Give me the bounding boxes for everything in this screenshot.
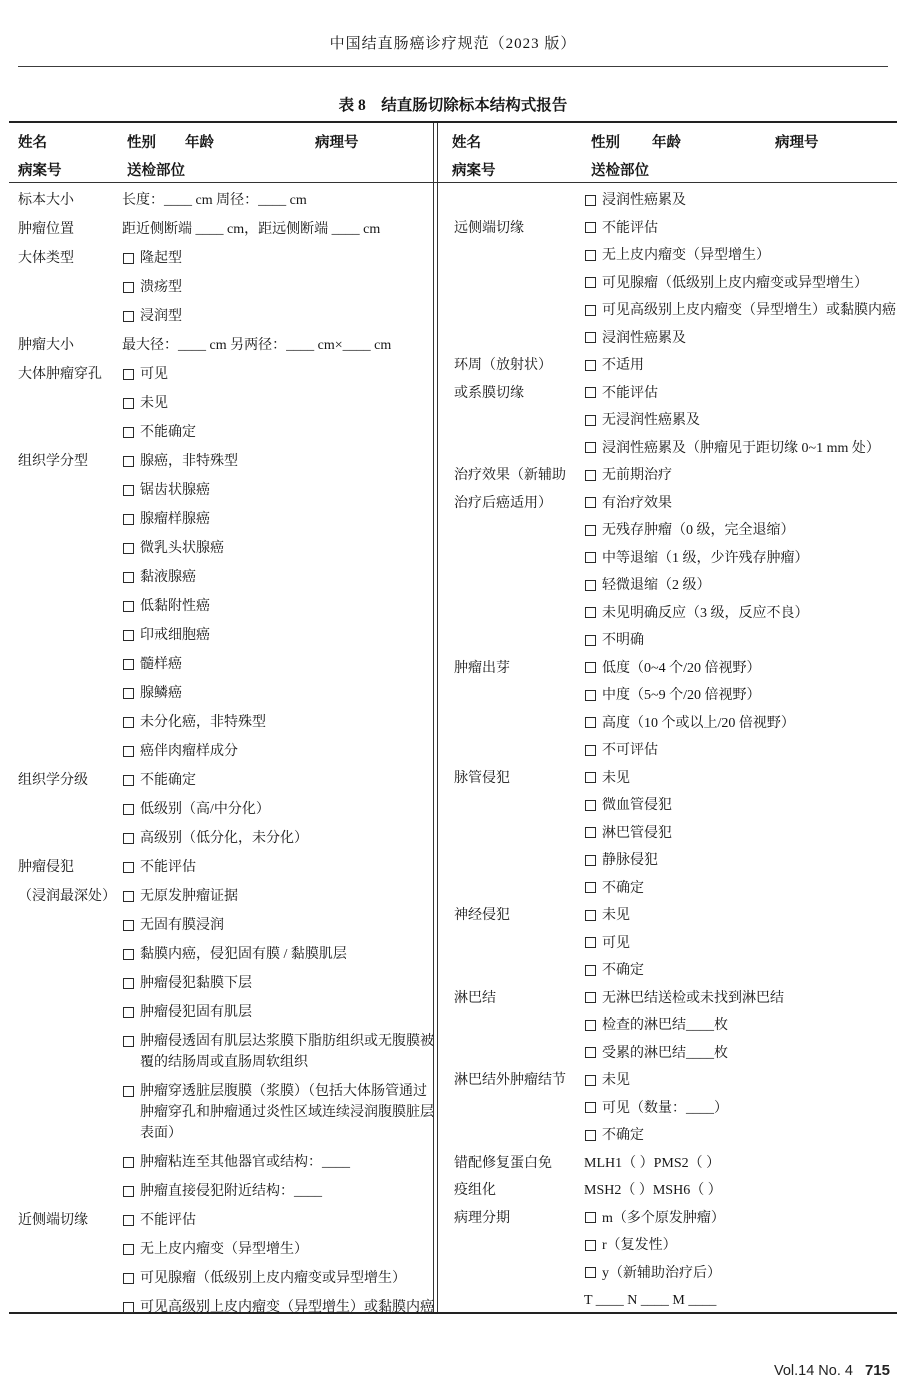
- checkbox-option-row: 不确定: [584, 960, 904, 981]
- form-section: 环周（放射状）或系膜切缘不适用不能评估无浸润性癌累及浸润性癌累及（肿瘤见于距切缘…: [454, 355, 904, 465]
- checkbox-option-row: 肿瘤侵透固有肌层达浆膜下脂肪组织或无腹膜被覆的结肠周或直肠周软组织: [122, 1031, 434, 1073]
- checkbox-option-row: 黏膜内癌，侵犯固有膜 / 黏膜肌层: [122, 944, 434, 965]
- checkbox-option-row: 微乳头状腺癌: [122, 538, 434, 559]
- checkbox-icon[interactable]: [585, 360, 596, 371]
- form-section: 肿瘤位置距近侧断端 ____ cm，距远侧断端 ____ cm: [18, 219, 434, 248]
- checkbox-icon[interactable]: [585, 552, 596, 563]
- option-text: 未分化癌，非特殊型: [140, 715, 266, 730]
- checkbox-option-row: 无淋巴结送检或未找到淋巴结: [584, 988, 904, 1009]
- checkbox-icon[interactable]: [585, 1102, 596, 1113]
- checkbox-option-row: 腺瘤样腺癌: [122, 509, 434, 530]
- checkbox-option-row: 受累的淋巴结____枚: [584, 1043, 904, 1064]
- checkbox-option-row: 无前期治疗: [584, 465, 904, 486]
- option-text: 不确定: [602, 963, 644, 978]
- checkbox-icon[interactable]: [585, 305, 596, 316]
- option-text: 不可评估: [602, 743, 658, 758]
- section-label-column: 治疗效果（新辅助治疗后癌适用）: [454, 465, 584, 658]
- option-text: 不能评估: [140, 860, 196, 875]
- option-text: 长度：____ cm 周径：____ cm: [122, 193, 307, 208]
- checkbox-icon[interactable]: [585, 470, 596, 481]
- checkbox-option-row: 高级别（低分化，未分化）: [122, 828, 434, 849]
- checkbox-option-row: 低黏附性癌: [122, 596, 434, 617]
- checkbox-icon[interactable]: [123, 891, 134, 902]
- section-label: 疫组化: [454, 1180, 584, 1201]
- option-text: 不确定: [602, 881, 644, 896]
- option-text: 最大径：____ cm 另两径：____ cm×____ cm: [122, 338, 391, 353]
- section-label: 肿瘤出芽: [454, 658, 584, 679]
- checkbox-option-row: 黏液腺癌: [122, 567, 434, 588]
- section-label-column: 远侧端切缘: [454, 218, 584, 356]
- checkbox-icon[interactable]: [585, 635, 596, 646]
- checkbox-option-row: 癌伴肉瘤样成分: [122, 741, 434, 762]
- section-label-column: 神经侵犯: [454, 905, 584, 988]
- section-label: 大体类型: [18, 248, 122, 269]
- form-section: 脉管侵犯未见微血管侵犯淋巴管侵犯静脉侵犯不确定: [454, 768, 904, 906]
- checkbox-option-row: 无固有膜浸润: [122, 915, 434, 936]
- option-text: 无原发肿瘤证据: [140, 889, 238, 904]
- checkbox-icon[interactable]: [123, 978, 134, 989]
- checkbox-icon[interactable]: [585, 195, 596, 206]
- option-text: MLH1（ ）PMS2（ ）: [584, 1156, 720, 1171]
- checkbox-icon[interactable]: [585, 250, 596, 261]
- checkbox-option-row: 浸润性癌累及: [584, 328, 904, 349]
- checkbox-icon[interactable]: [123, 804, 134, 815]
- record-no-label-right: 病案号: [452, 159, 496, 180]
- checkbox-icon[interactable]: [123, 1007, 134, 1018]
- checkbox-option-row: 不能评估: [122, 857, 434, 878]
- option-text: 未见: [602, 771, 630, 786]
- patient-sex-label-right: 性别: [591, 131, 620, 152]
- option-text: 低度（0~4 个/20 倍视野）: [602, 661, 760, 676]
- checkbox-icon[interactable]: [585, 580, 596, 591]
- checkbox-option-row: 淋巴管侵犯: [584, 823, 904, 844]
- option-text: 无上皮内瘤变（异型增生）: [602, 248, 770, 263]
- section-options-column: 长度：____ cm 周径：____ cm: [122, 190, 434, 219]
- specimen-site-label-right: 送检部位: [591, 159, 649, 180]
- checkbox-icon[interactable]: [585, 442, 596, 453]
- checkbox-icon[interactable]: [123, 514, 134, 525]
- checkbox-icon[interactable]: [585, 937, 596, 948]
- option-text: 低黏附性癌: [140, 599, 210, 614]
- option-text: 可见高级别上皮内瘤变（异型增生）或黏膜内癌: [140, 1300, 434, 1315]
- checkbox-option-row: 肿瘤侵犯黏膜下层: [122, 973, 434, 994]
- checkbox-icon[interactable]: [123, 862, 134, 873]
- checkbox-option-row: 中度（5~9 个/20 倍视野）: [584, 685, 904, 706]
- section-label-column: 近侧端切缘: [18, 1210, 122, 1326]
- checkbox-option-row: 微血管侵犯: [584, 795, 904, 816]
- checkbox-icon[interactable]: [123, 572, 134, 583]
- option-text: 低级别（高/中分化）: [140, 802, 270, 817]
- checkbox-option-row: 隆起型: [122, 248, 434, 269]
- checkbox-option-row: 可见腺瘤（低级别上皮内瘤变或异型增生）: [122, 1268, 434, 1289]
- option-text: 无固有膜浸润: [140, 918, 224, 933]
- checkbox-option-row: 低度（0~4 个/20 倍视野）: [584, 658, 904, 679]
- checkbox-option-row: 检查的淋巴结____枚: [584, 1015, 904, 1036]
- checkbox-icon[interactable]: [123, 630, 134, 641]
- section-label-column: 淋巴结外肿瘤结节: [454, 1070, 584, 1153]
- checkbox-option-row: 有治疗效果: [584, 493, 904, 514]
- option-text: 轻微退缩（2 级）: [602, 578, 711, 593]
- fill-in-row: 最大径：____ cm 另两径：____ cm×____ cm: [122, 335, 434, 356]
- checkbox-icon[interactable]: [585, 827, 596, 838]
- patient-info-header: 姓名 性别 年龄 病理号 病案号 送检部位 姓名 性别 年龄 病理号 病案号 送…: [9, 123, 897, 181]
- form-section: 浸润性癌累及: [454, 190, 904, 218]
- patient-sex-label-left: 性别: [127, 131, 156, 152]
- option-text: 淋巴管侵犯: [602, 826, 672, 841]
- option-text: 未见: [140, 396, 168, 411]
- checkbox-option-row: 腺癌，非特殊型: [122, 451, 434, 472]
- checkbox-icon[interactable]: [585, 662, 596, 673]
- section-label-column: 肿瘤大小: [18, 335, 122, 364]
- checkbox-option-row: 不能确定: [122, 770, 434, 791]
- checkbox-icon[interactable]: [585, 855, 596, 866]
- option-text: 肿瘤穿透脏层腹膜（浆膜）（包括大体肠管通过肿瘤穿孔和肿瘤通过炎性区域连续浸润腹膜…: [140, 1084, 434, 1141]
- form-section: 远侧端切缘不能评估无上皮内瘤变（异型增生）可见腺瘤（低级别上皮内瘤变或异型增生）…: [454, 218, 904, 356]
- checkbox-icon[interactable]: [585, 1267, 596, 1278]
- option-text: 不明确: [602, 633, 644, 648]
- checkbox-icon[interactable]: [123, 1244, 134, 1255]
- form-section: 治疗效果（新辅助治疗后癌适用）无前期治疗有治疗效果无残存肿瘤（0 级，完全退缩）…: [454, 465, 904, 658]
- checkbox-option-row: 中等退缩（1 级，少许残存肿瘤）: [584, 548, 904, 569]
- option-text: 无前期治疗: [602, 468, 672, 483]
- checkbox-option-row: 无浸润性癌累及: [584, 410, 904, 431]
- option-text: 不能评估: [602, 221, 658, 236]
- pathology-no-label-left: 病理号: [315, 131, 359, 152]
- fill-in-row: T ____ N ____ M ____: [584, 1290, 904, 1311]
- option-text: 黏液腺癌: [140, 570, 196, 585]
- checkbox-option-row: 高度（10 个或以上/20 倍视野）: [584, 713, 904, 734]
- option-text: 可见腺瘤（低级别上皮内瘤变或异型增生）: [140, 1271, 406, 1286]
- checkbox-icon[interactable]: [585, 910, 596, 921]
- checkbox-icon[interactable]: [585, 965, 596, 976]
- section-options-column: 未见可见（数量：____）不确定: [584, 1070, 904, 1153]
- option-text: 未见明确反应（3 级，反应不良）: [602, 606, 809, 621]
- section-label: （浸润最深处）: [18, 886, 122, 907]
- option-text: 微乳头状腺癌: [140, 541, 224, 556]
- checkbox-icon[interactable]: [123, 456, 134, 467]
- checkbox-icon[interactable]: [123, 1036, 134, 1047]
- option-text: 中度（5~9 个/20 倍视野）: [602, 688, 760, 703]
- section-label: 淋巴结外肿瘤结节: [454, 1070, 584, 1091]
- header-bottom-rule: [9, 182, 897, 183]
- checkbox-icon[interactable]: [123, 717, 134, 728]
- section-label-column: 脉管侵犯: [454, 768, 584, 906]
- option-text: 锯齿状腺癌: [140, 483, 210, 498]
- checkbox-icon[interactable]: [585, 525, 596, 536]
- option-text: T ____ N ____ M ____: [584, 1293, 716, 1308]
- checkbox-option-row: 静脉侵犯: [584, 850, 904, 871]
- record-no-label-left: 病案号: [18, 159, 62, 180]
- checkbox-icon[interactable]: [585, 387, 596, 398]
- fill-in-row: MLH1（ ）PMS2（ ）: [584, 1153, 904, 1174]
- checkbox-option-row: 未分化癌，非特殊型: [122, 712, 434, 733]
- section-label-column: [454, 190, 584, 218]
- patient-age-label-right: 年龄: [652, 131, 681, 152]
- checkbox-option-row: 无上皮内瘤变（异型增生）: [122, 1239, 434, 1260]
- section-label: 脉管侵犯: [454, 768, 584, 789]
- checkbox-option-row: 未见: [584, 905, 904, 926]
- section-options-column: 无淋巴结送检或未找到淋巴结检查的淋巴结____枚受累的淋巴结____枚: [584, 988, 904, 1071]
- checkbox-option-row: 无上皮内瘤变（异型增生）: [584, 245, 904, 266]
- checkbox-option-row: 不能评估: [584, 383, 904, 404]
- checkbox-icon[interactable]: [123, 601, 134, 612]
- section-options-column: 浸润性癌累及: [584, 190, 904, 218]
- left-column: 标本大小长度：____ cm 周径：____ cm肿瘤位置距近侧断端 ____ …: [18, 190, 434, 1326]
- option-text: 未见: [602, 908, 630, 923]
- checkbox-icon[interactable]: [585, 772, 596, 783]
- option-text: 肿瘤侵犯黏膜下层: [140, 976, 252, 991]
- pathology-no-label-right: 病理号: [775, 131, 819, 152]
- checkbox-icon[interactable]: [585, 1047, 596, 1058]
- option-text: 浸润性癌累及（肿瘤见于距切缘 0~1 mm 处）: [602, 441, 880, 456]
- section-label-column: 错配修复蛋白免疫组化: [454, 1153, 584, 1208]
- option-text: 不适用: [602, 358, 644, 373]
- page-footer: Vol.14 No. 4715: [774, 1362, 890, 1379]
- option-text: 不能确定: [140, 773, 196, 788]
- checkbox-icon[interactable]: [585, 332, 596, 343]
- fill-in-row: MSH2（ ）MSH6（ ）: [584, 1180, 904, 1201]
- checkbox-option-row: 未见: [584, 768, 904, 789]
- checkbox-icon[interactable]: [585, 1130, 596, 1141]
- option-text: 无残存肿瘤（0 级，完全退缩）: [602, 523, 795, 538]
- section-label: 远侧端切缘: [454, 218, 584, 239]
- checkbox-icon[interactable]: [123, 282, 134, 293]
- option-text: 无淋巴结送检或未找到淋巴结: [602, 991, 784, 1006]
- checkbox-icon[interactable]: [123, 311, 134, 322]
- section-options-column: 不能确定低级别（高/中分化）高级别（低分化，未分化）: [122, 770, 434, 857]
- checkbox-option-row: 可见腺瘤（低级别上皮内瘤变或异型增生）: [584, 273, 904, 294]
- section-options-column: 不能评估无原发肿瘤证据无固有膜浸润黏膜内癌，侵犯固有膜 / 黏膜肌层肿瘤侵犯黏膜…: [122, 857, 434, 1210]
- checkbox-option-row: 可见: [584, 933, 904, 954]
- checkbox-icon[interactable]: [123, 775, 134, 786]
- section-options-column: 未见可见不确定: [584, 905, 904, 988]
- checkbox-option-row: 肿瘤直接侵犯附近结构：____: [122, 1181, 434, 1202]
- section-label-column: 环周（放射状）或系膜切缘: [454, 355, 584, 465]
- option-text: 检查的淋巴结____枚: [602, 1018, 728, 1033]
- option-text: MSH2（ ）MSH6（ ）: [584, 1183, 722, 1198]
- checkbox-icon[interactable]: [585, 882, 596, 893]
- checkbox-option-row: 腺鳞癌: [122, 683, 434, 704]
- form-section: 淋巴结外肿瘤结节未见可见（数量：____）不确定: [454, 1070, 904, 1153]
- checkbox-option-row: 可见高级别上皮内瘤变（异型增生）或黏膜内癌: [584, 300, 904, 321]
- option-text: 浸润型: [140, 309, 182, 324]
- section-options-column: 不适用不能评估无浸润性癌累及浸润性癌累及（肿瘤见于距切缘 0~1 mm 处）: [584, 355, 904, 465]
- checkbox-icon[interactable]: [123, 1215, 134, 1226]
- form-section: 标本大小长度：____ cm 周径：____ cm: [18, 190, 434, 219]
- section-label-column: 病理分期: [454, 1208, 584, 1318]
- option-text: r（复发性）: [602, 1238, 677, 1253]
- option-text: 微血管侵犯: [602, 798, 672, 813]
- journal-volume-text: Vol.14 No. 4: [774, 1363, 853, 1379]
- checkbox-icon[interactable]: [585, 497, 596, 508]
- section-options-column: 低度（0~4 个/20 倍视野）中度（5~9 个/20 倍视野）高度（10 个或…: [584, 658, 904, 768]
- option-text: 距近侧断端 ____ cm，距远侧断端 ____ cm: [122, 222, 380, 237]
- option-text: 有治疗效果: [602, 496, 672, 511]
- form-section: 病理分期m（多个原发肿瘤）r（复发性）y（新辅助治疗后）T ____ N ___…: [454, 1208, 904, 1318]
- section-label-column: 标本大小: [18, 190, 122, 219]
- checkbox-option-row: 肿瘤穿透脏层腹膜（浆膜）（包括大体肠管通过肿瘤穿孔和肿瘤通过炎性区域连续浸润腹膜…: [122, 1081, 434, 1144]
- section-label-column: 组织学分型: [18, 451, 122, 770]
- section-label-column: 大体肿瘤穿孔: [18, 364, 122, 451]
- report-table: 姓名 性别 年龄 病理号 病案号 送检部位 姓名 性别 年龄 病理号 病案号 送…: [9, 121, 897, 1314]
- form-section: 近侧端切缘不能评估无上皮内瘤变（异型增生）可见腺瘤（低级别上皮内瘤变或异型增生）…: [18, 1210, 434, 1326]
- section-label: 组织学分级: [18, 770, 122, 791]
- table-title: 表 8 结直肠切除标本结构式报告: [0, 93, 906, 115]
- checkbox-icon[interactable]: [123, 920, 134, 931]
- checkbox-option-row: 不确定: [584, 1125, 904, 1146]
- section-label: 肿瘤位置: [18, 219, 122, 240]
- checkbox-option-row: r（复发性）: [584, 1235, 904, 1256]
- option-text: 髓样癌: [140, 657, 182, 672]
- option-text: 浸润性癌累及: [602, 193, 686, 208]
- checkbox-icon[interactable]: [585, 277, 596, 288]
- checkbox-icon[interactable]: [585, 607, 596, 618]
- checkbox-icon[interactable]: [123, 485, 134, 496]
- patient-age-label-left: 年龄: [185, 131, 214, 152]
- option-text: 无浸润性癌累及: [602, 413, 700, 428]
- checkbox-option-row: 溃疡型: [122, 277, 434, 298]
- option-text: 无上皮内瘤变（异型增生）: [140, 1242, 308, 1257]
- option-text: 印戒细胞癌: [140, 628, 210, 643]
- section-options-column: 无前期治疗有治疗效果无残存肿瘤（0 级，完全退缩）中等退缩（1 级，少许残存肿瘤…: [584, 465, 904, 658]
- checkbox-option-row: 未见: [584, 1070, 904, 1091]
- option-text: 浸润性癌累及: [602, 331, 686, 346]
- right-column: 浸润性癌累及远侧端切缘不能评估无上皮内瘤变（异型增生）可见腺瘤（低级别上皮内瘤变…: [454, 190, 904, 1318]
- specimen-site-label-left: 送检部位: [127, 159, 185, 180]
- option-text: 中等退缩（1 级，少许残存肿瘤）: [602, 551, 809, 566]
- section-options-column: 不能评估无上皮内瘤变（异型增生）可见腺瘤（低级别上皮内瘤变或异型增生）可见高级别…: [584, 218, 904, 356]
- checkbox-icon[interactable]: [123, 688, 134, 699]
- option-text: 高度（10 个或以上/20 倍视野）: [602, 716, 795, 731]
- checkbox-option-row: 浸润性癌累及（肿瘤见于距切缘 0~1 mm 处）: [584, 438, 904, 459]
- option-text: 可见腺瘤（低级别上皮内瘤变或异型增生）: [602, 276, 868, 291]
- option-text: 不确定: [602, 1128, 644, 1143]
- checkbox-icon[interactable]: [123, 833, 134, 844]
- section-label: 或系膜切缘: [454, 383, 584, 404]
- checkbox-icon[interactable]: [123, 543, 134, 554]
- section-label-column: 肿瘤侵犯（浸润最深处）: [18, 857, 122, 1210]
- checkbox-option-row: 不能评估: [122, 1210, 434, 1231]
- checkbox-option-row: 锯齿状腺癌: [122, 480, 434, 501]
- option-text: 肿瘤侵透固有肌层达浆膜下脂肪组织或无腹膜被覆的结肠周或直肠周软组织: [140, 1034, 434, 1070]
- checkbox-icon[interactable]: [123, 1186, 134, 1197]
- option-text: 高级别（低分化，未分化）: [140, 831, 308, 846]
- checkbox-icon[interactable]: [585, 1075, 596, 1086]
- option-text: 不能评估: [140, 1213, 196, 1228]
- section-options-column: 最大径：____ cm 另两径：____ cm×____ cm: [122, 335, 434, 364]
- section-label-column: 肿瘤出芽: [454, 658, 584, 768]
- checkbox-option-row: 未见: [122, 393, 434, 414]
- option-text: 可见: [140, 367, 168, 382]
- checkbox-icon[interactable]: [123, 398, 134, 409]
- section-label: 大体肿瘤穿孔: [18, 364, 122, 385]
- patient-name-label-right: 姓名: [452, 131, 481, 152]
- form-section: 组织学分型腺癌，非特殊型锯齿状腺癌腺瘤样腺癌微乳头状腺癌黏液腺癌低黏附性癌印戒细…: [18, 451, 434, 770]
- checkbox-icon[interactable]: [123, 1086, 134, 1097]
- section-options-column: 可见未见不能确定: [122, 364, 434, 451]
- checkbox-option-row: 不明确: [584, 630, 904, 651]
- option-text: 未见: [602, 1073, 630, 1088]
- checkbox-icon[interactable]: [585, 690, 596, 701]
- checkbox-option-row: 肿瘤侵犯固有肌层: [122, 1002, 434, 1023]
- section-label: 组织学分型: [18, 451, 122, 472]
- section-options-column: MLH1（ ）PMS2（ ）MSH2（ ）MSH6（ ）: [584, 1153, 904, 1208]
- option-text: 腺癌，非特殊型: [140, 454, 238, 469]
- checkbox-icon[interactable]: [585, 1240, 596, 1251]
- section-label-column: 淋巴结: [454, 988, 584, 1071]
- checkbox-option-row: 未见明确反应（3 级，反应不良）: [584, 603, 904, 624]
- checkbox-icon[interactable]: [585, 800, 596, 811]
- option-text: 肿瘤粘连至其他器官或结构：____: [140, 1155, 350, 1170]
- section-label: 治疗后癌适用）: [454, 493, 584, 514]
- document-header-title: 中国结直肠癌诊疗规范（2023 版）: [0, 32, 906, 53]
- checkbox-icon[interactable]: [585, 717, 596, 728]
- section-label: 肿瘤大小: [18, 335, 122, 356]
- checkbox-icon[interactable]: [123, 369, 134, 380]
- checkbox-icon[interactable]: [123, 949, 134, 960]
- fill-in-row: 长度：____ cm 周径：____ cm: [122, 190, 434, 211]
- checkbox-icon[interactable]: [123, 427, 134, 438]
- option-text: 可见: [602, 936, 630, 951]
- checkbox-icon[interactable]: [585, 415, 596, 426]
- form-section: 肿瘤大小最大径：____ cm 另两径：____ cm×____ cm: [18, 335, 434, 364]
- section-options-column: 距近侧断端 ____ cm，距远侧断端 ____ cm: [122, 219, 434, 248]
- section-label: 神经侵犯: [454, 905, 584, 926]
- checkbox-icon[interactable]: [585, 1212, 596, 1223]
- checkbox-option-row: 无残存肿瘤（0 级，完全退缩）: [584, 520, 904, 541]
- checkbox-option-row: 不确定: [584, 878, 904, 899]
- section-label: 环周（放射状）: [454, 355, 584, 376]
- option-text: 肿瘤直接侵犯附近结构：____: [140, 1184, 322, 1199]
- option-text: 肿瘤侵犯固有肌层: [140, 1005, 252, 1020]
- checkbox-icon[interactable]: [123, 659, 134, 670]
- checkbox-option-row: 不适用: [584, 355, 904, 376]
- checkbox-icon[interactable]: [123, 1302, 134, 1313]
- document-page: 中国结直肠癌诊疗规范（2023 版） 表 8 结直肠切除标本结构式报告 姓名 性…: [0, 0, 906, 1400]
- checkbox-option-row: 不能评估: [584, 218, 904, 239]
- checkbox-option-row: 可见: [122, 364, 434, 385]
- option-text: 可见高级别上皮内瘤变（异型增生）或黏膜内癌: [602, 303, 896, 318]
- checkbox-icon[interactable]: [585, 1020, 596, 1031]
- checkbox-icon[interactable]: [123, 1273, 134, 1284]
- option-text: 不能评估: [602, 386, 658, 401]
- checkbox-option-row: 轻微退缩（2 级）: [584, 575, 904, 596]
- checkbox-icon[interactable]: [123, 253, 134, 264]
- checkbox-option-row: 肿瘤粘连至其他器官或结构：____: [122, 1152, 434, 1173]
- section-options-column: 未见微血管侵犯淋巴管侵犯静脉侵犯不确定: [584, 768, 904, 906]
- checkbox-option-row: 无原发肿瘤证据: [122, 886, 434, 907]
- section-label: 标本大小: [18, 190, 122, 211]
- option-text: m（多个原发肿瘤）: [602, 1211, 725, 1226]
- checkbox-icon[interactable]: [123, 746, 134, 757]
- checkbox-icon[interactable]: [585, 222, 596, 233]
- checkbox-icon[interactable]: [585, 992, 596, 1003]
- option-text: 腺鳞癌: [140, 686, 182, 701]
- section-label: 治疗效果（新辅助: [454, 465, 584, 486]
- section-options-column: 腺癌，非特殊型锯齿状腺癌腺瘤样腺癌微乳头状腺癌黏液腺癌低黏附性癌印戒细胞癌髓样癌…: [122, 451, 434, 770]
- checkbox-option-row: 可见高级别上皮内瘤变（异型增生）或黏膜内癌: [122, 1297, 434, 1318]
- checkbox-icon[interactable]: [585, 745, 596, 756]
- form-section: 神经侵犯未见可见不确定: [454, 905, 904, 988]
- option-text: 隆起型: [140, 251, 182, 266]
- checkbox-option-row: 低级别（高/中分化）: [122, 799, 434, 820]
- section-label: 肿瘤侵犯: [18, 857, 122, 878]
- option-text: 受累的淋巴结____枚: [602, 1046, 728, 1061]
- section-label: 淋巴结: [454, 988, 584, 1009]
- checkbox-icon[interactable]: [123, 1157, 134, 1168]
- section-options-column: 不能评估无上皮内瘤变（异型增生）可见腺瘤（低级别上皮内瘤变或异型增生）可见高级别…: [122, 1210, 434, 1326]
- option-text: 黏膜内癌，侵犯固有膜 / 黏膜肌层: [140, 947, 347, 962]
